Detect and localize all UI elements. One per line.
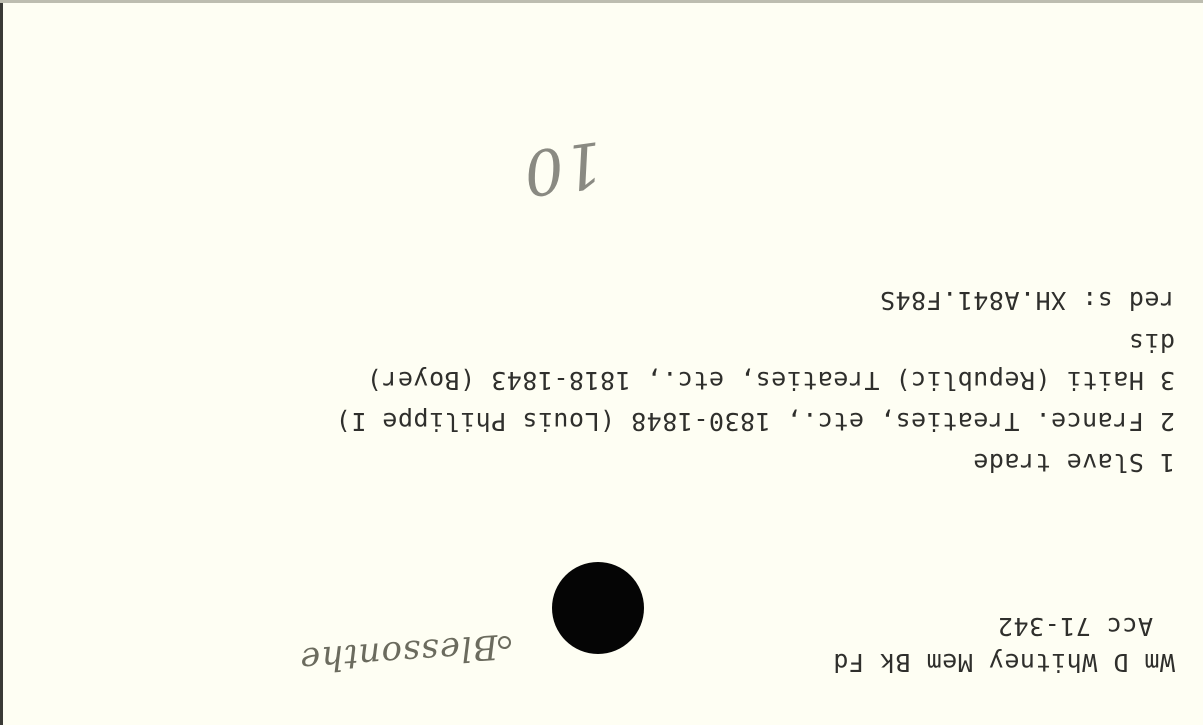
call-number-line: red s: XH.A841.F84S [880, 286, 1175, 315]
subject-line-2: 2 France. Treaties, etc., 1830-1848 (Lou… [335, 407, 1175, 436]
subject-line-3: 3 Haiti (Republic) Treaties, etc., 1818-… [366, 366, 1175, 395]
dis-line: dis [1128, 328, 1175, 357]
accession-line: Acc 71-342 [997, 612, 1153, 641]
punch-hole [552, 562, 644, 654]
fund-line: Wm D Whitney Mem Bk Fd [833, 648, 1175, 677]
card-edge [0, 0, 3, 725]
handwritten-note: Blessonthe [298, 626, 499, 680]
subject-line-1: 1 Slave trade [973, 448, 1175, 477]
handwritten-dot [498, 636, 511, 649]
handwritten-number: 10 [519, 127, 607, 210]
card-edge [0, 0, 1203, 3]
catalog-card: Wm D Whitney Mem Bk Fd Acc 71-342 Blesso… [0, 0, 1203, 725]
